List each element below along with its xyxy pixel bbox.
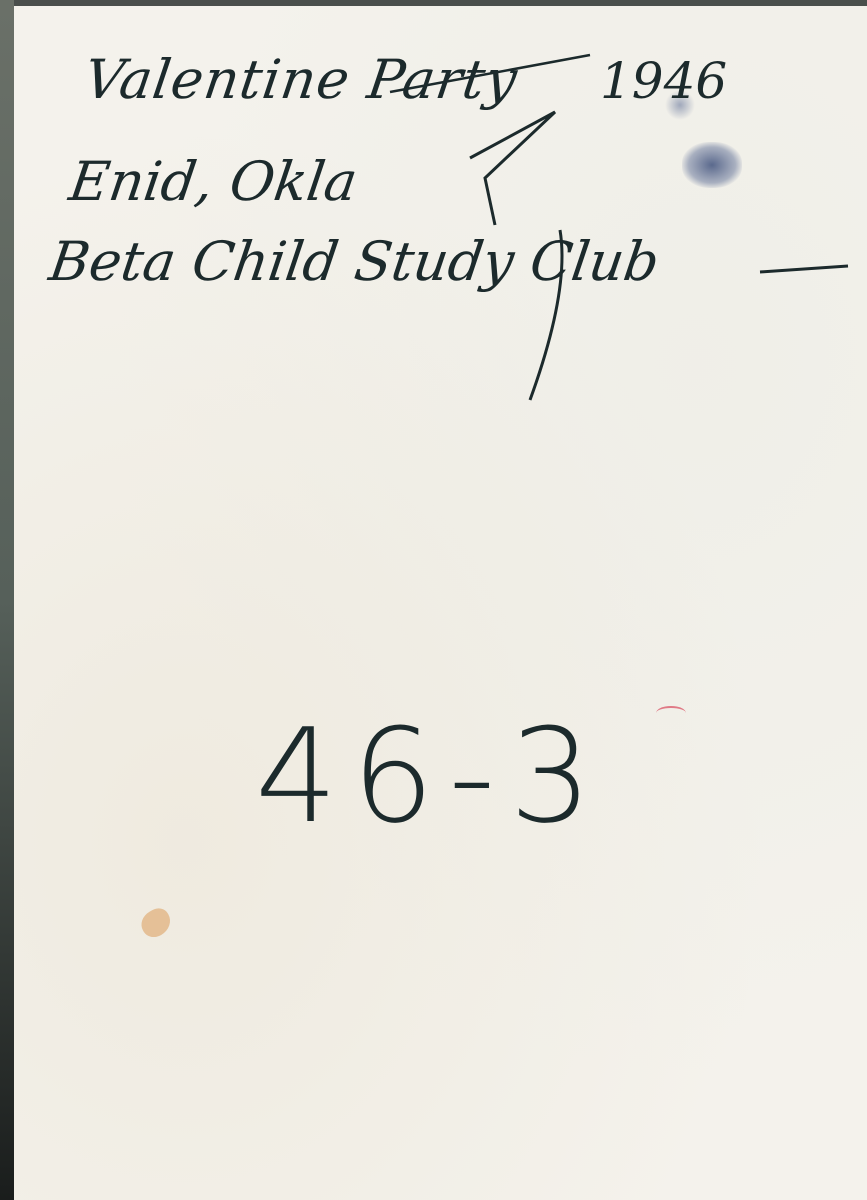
catalog-number: 46-3 [255,700,606,852]
pen-strokes [0,0,867,1200]
